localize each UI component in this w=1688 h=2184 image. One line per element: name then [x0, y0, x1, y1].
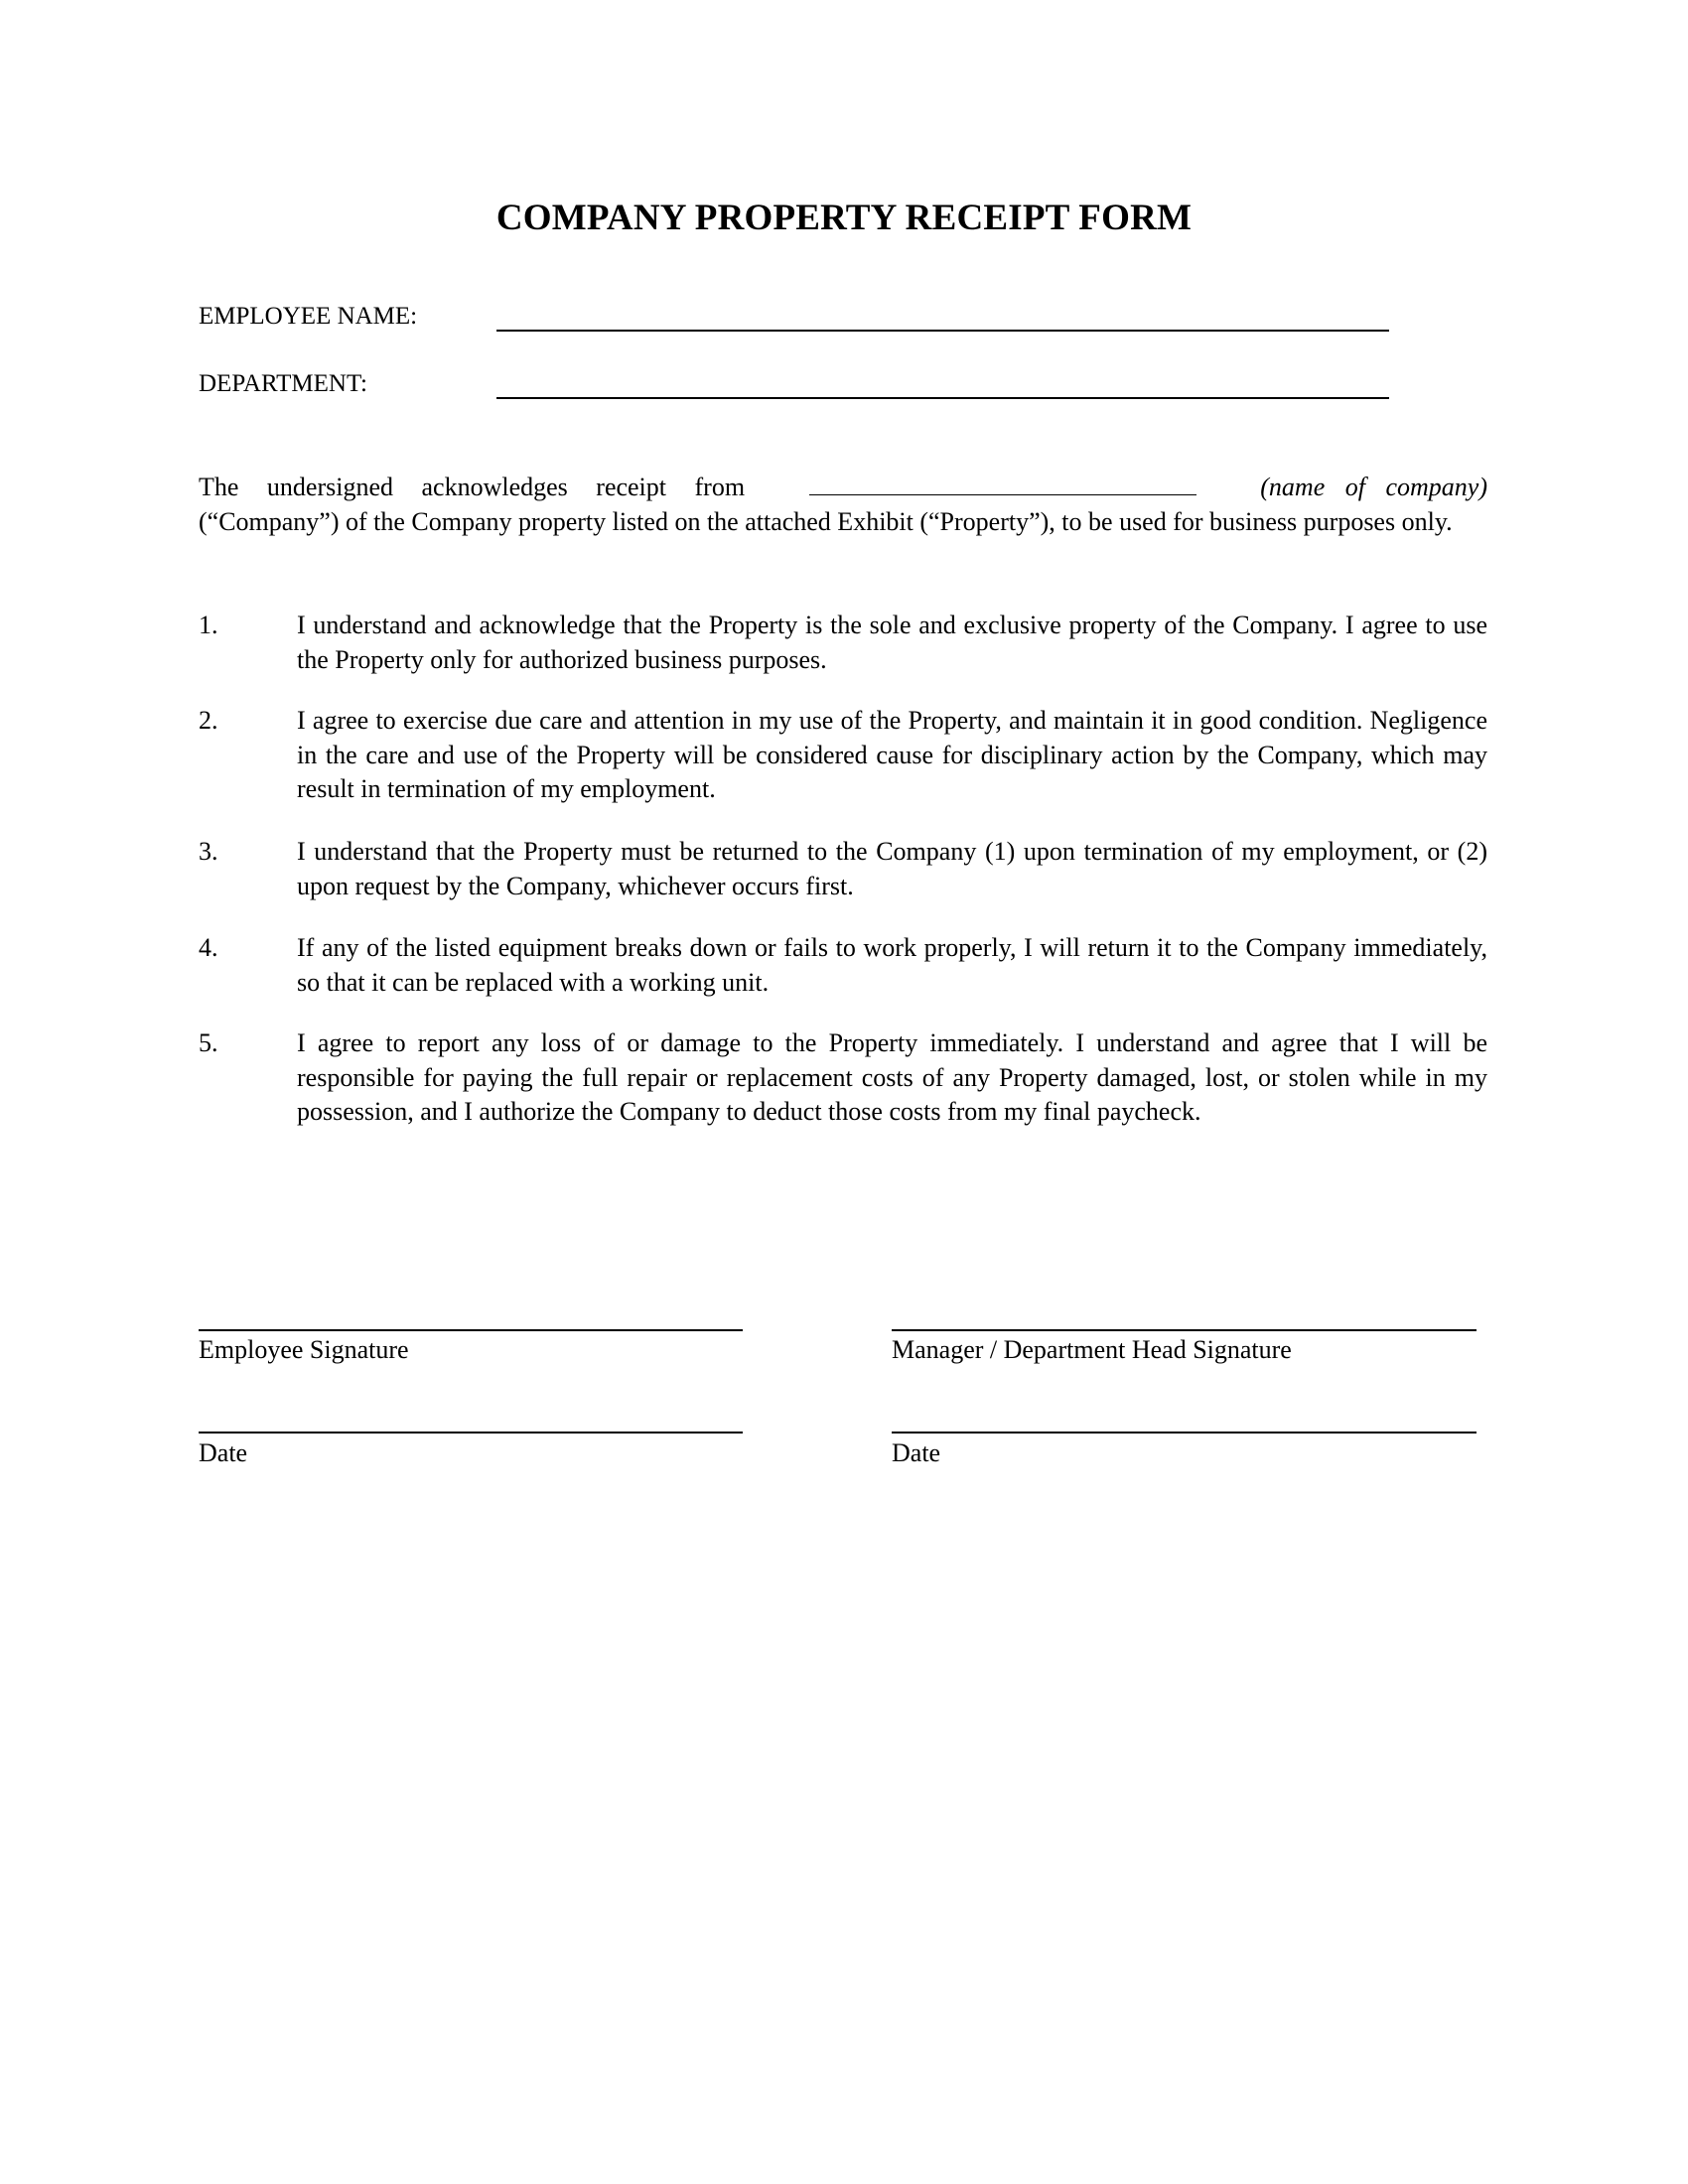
item-number: 2.: [199, 704, 218, 739]
item-number: 4.: [199, 931, 218, 966]
manager-date-label: Date: [892, 1438, 940, 1468]
item-text: If any of the listed equipment breaks do…: [297, 931, 1487, 1000]
intro-suffix: (“Company”) of the Company property list…: [199, 505, 1487, 540]
employee-name-label: EMPLOYEE NAME:: [199, 303, 417, 331]
item-text: I agree to exercise due care and attenti…: [297, 704, 1487, 807]
item-text: I understand that the Property must be r…: [297, 835, 1487, 903]
employee-signature-line[interactable]: [199, 1329, 743, 1331]
employee-name-field[interactable]: [496, 330, 1389, 332]
employee-signature-label: Employee Signature: [199, 1335, 409, 1365]
company-hint: (name of company): [1260, 471, 1487, 505]
manager-signature-line[interactable]: [892, 1329, 1477, 1331]
item-text: I understand and acknowledge that the Pr…: [297, 609, 1487, 677]
item-text: I agree to report any loss of or damage …: [297, 1026, 1487, 1130]
company-name-field[interactable]: [809, 494, 1196, 495]
item-number: 3.: [199, 835, 218, 870]
page-title: COMPANY PROPERTY RECEIPT FORM: [0, 197, 1688, 239]
department-label: DEPARTMENT:: [199, 370, 367, 398]
item-number: 1.: [199, 609, 218, 643]
item-number: 5.: [199, 1026, 218, 1061]
manager-date-line[interactable]: [892, 1432, 1477, 1433]
employee-date-label: Date: [199, 1438, 247, 1468]
intro-paragraph: The undersigned acknowledges receipt fro…: [199, 471, 1487, 539]
department-field[interactable]: [496, 397, 1389, 399]
manager-signature-label: Manager / Department Head Signature: [892, 1335, 1292, 1365]
employee-date-line[interactable]: [199, 1432, 743, 1433]
intro-prefix: The undersigned acknowledges receipt fro…: [199, 471, 745, 505]
